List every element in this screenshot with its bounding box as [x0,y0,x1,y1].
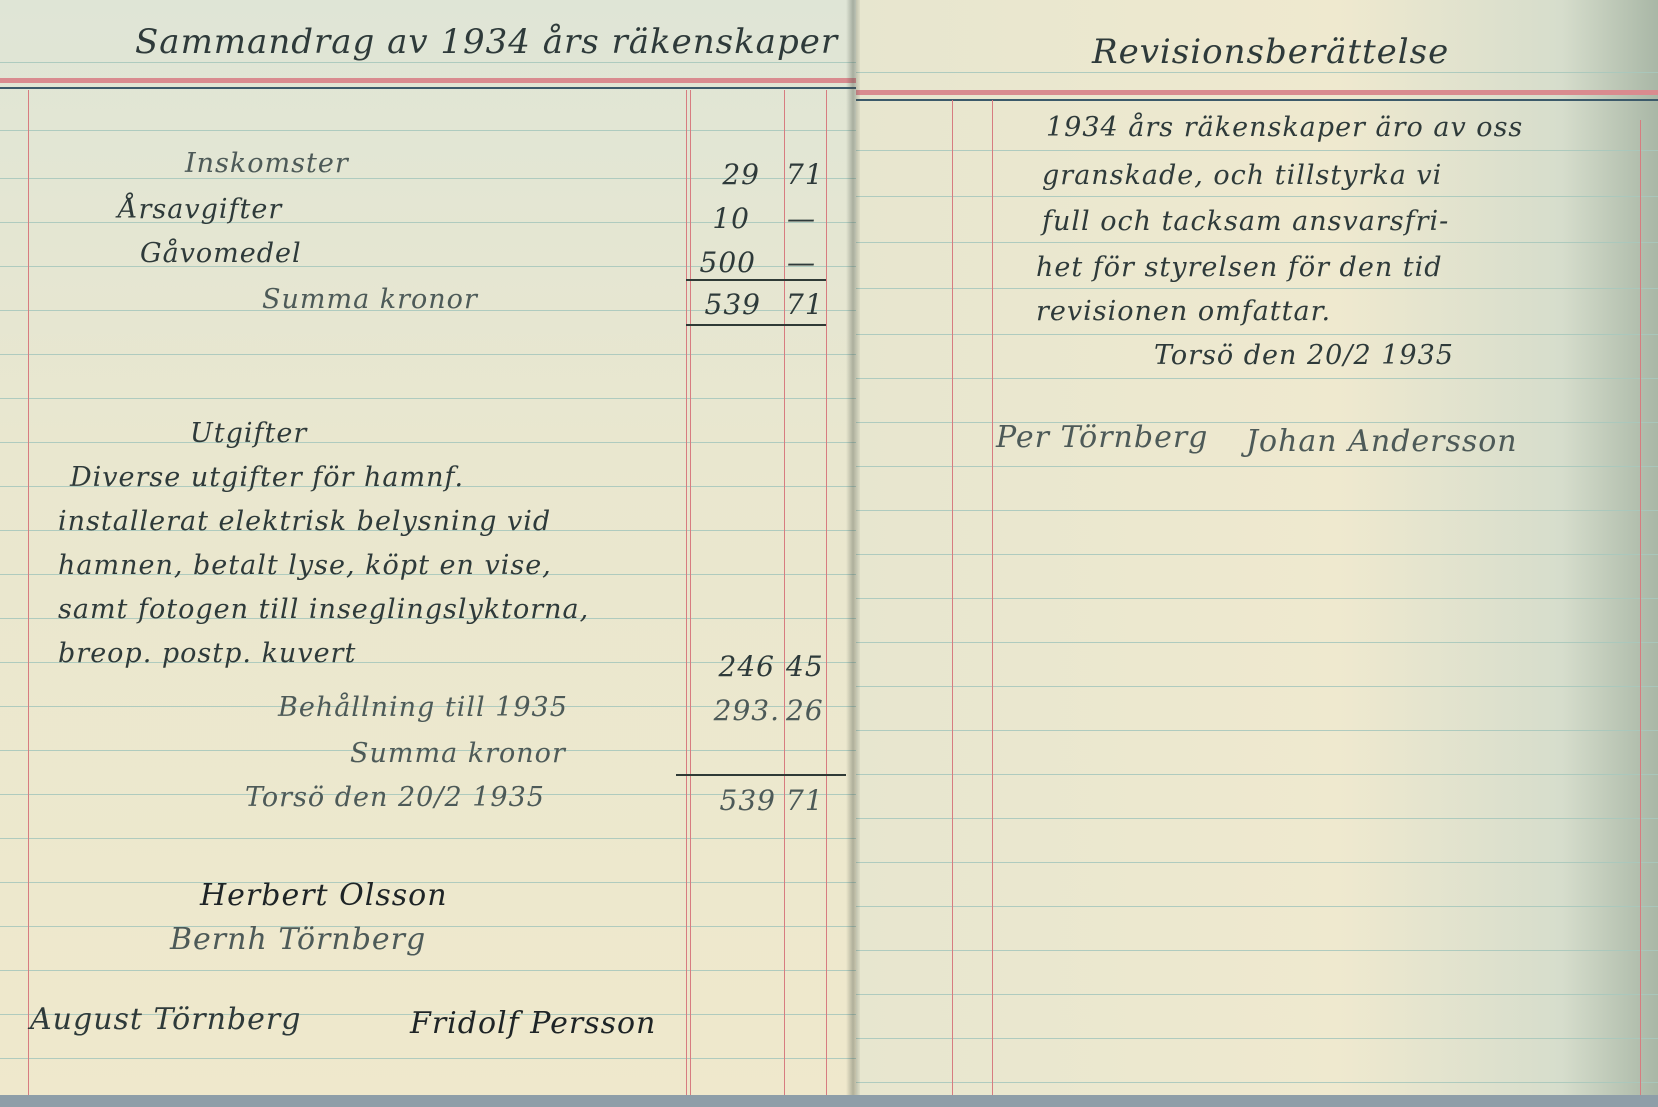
sum-double-underline [686,324,826,326]
signature: August Törnberg [30,1002,301,1037]
left-ledger-page: Sammandrag av 1934 års räkenskaper Insko… [0,0,860,1107]
income-total-label: Summa kronor [262,284,478,315]
expenses-total-kronor: 539 [686,784,776,817]
title-baseline [856,72,1658,73]
ruled-line [856,150,1658,151]
signature: Per Törnberg [996,420,1208,455]
income-item-label: Inskomster [185,148,349,179]
left-margin-line [952,100,953,1107]
income-item-ore: 71 [786,158,816,191]
ruled-line [856,334,1658,335]
ruled-line [856,906,1658,907]
right-margin-line [1640,120,1641,1107]
expense-description-line: samt fotogen till inseglingslyktorna, [58,594,589,625]
income-item-kronor: 10 [700,202,750,235]
header-red-rule [0,78,860,83]
ruled-line [0,130,860,131]
ruled-line [856,950,1658,951]
header-blue-rule [856,99,1658,101]
income-item-label: Årsavgifter [118,194,282,225]
ruled-line [856,730,1658,731]
ruled-line [856,1082,1658,1083]
audit-body-line: het för styrelsen för den tid [1036,252,1443,283]
sum-underline [676,774,846,776]
ruled-line [0,398,860,399]
ruled-line [0,354,860,355]
ruled-line [856,642,1658,643]
sum-underline [686,279,826,281]
expenses-heading: Utgifter [190,418,307,449]
ore-column-line [784,90,785,1107]
ruled-line [856,862,1658,863]
income-item-label: Gåvomedel [140,238,302,269]
ruled-line [856,378,1658,379]
ruled-line [856,686,1658,687]
ruled-line [0,442,860,443]
signature: Johan Andersson [1246,424,1518,459]
income-item-ore: — [786,202,816,235]
audit-body-line: 1934 års räkenskaper äro av oss [1046,112,1523,143]
ruled-line [856,196,1658,197]
ruled-line [856,994,1658,995]
signature: Fridolf Persson [410,1006,656,1041]
audit-body-line: full och tacksam ansvarsfri- [1042,206,1449,237]
balance-label: Behållning till 1935 [278,692,568,723]
kronor-column-line [686,90,691,1107]
expenses-ore: 45 [786,650,820,683]
book-spine [846,0,860,1107]
ruled-line [856,1038,1658,1039]
right-ledger-page: Revisionsberättelse 1934 års räkenskaper… [856,0,1658,1107]
income-item-kronor: 500 [686,246,756,279]
audit-body-line: granskade, och tillstyrka vi [1042,160,1442,191]
ruled-line [856,466,1658,467]
expenses-total-label: Summa kronor [350,738,566,769]
balance-ore: 26 [786,694,820,727]
ruled-line [856,554,1658,555]
signature: Herbert Olsson [200,878,448,913]
page-title: Revisionsberättelse [1092,32,1449,72]
expense-description-line: Diverse utgifter för hamnf. [70,462,464,493]
expense-description-line: breop. postp. kuvert [58,638,356,669]
expenses-kronor: 246 [700,650,775,683]
ruled-line [0,926,860,927]
left-margin-line [992,100,993,1107]
ruled-line [856,288,1658,289]
ruled-line [0,970,860,971]
ruled-line [856,422,1658,423]
expense-description-line: hamnen, betalt lyse, köpt en vise, [58,550,552,581]
balance-kronor: 293. [700,694,780,727]
ruled-line [856,598,1658,599]
income-total-kronor: 539 [686,288,761,321]
header-red-rule [856,90,1658,95]
page-title: Sammandrag av 1934 års räkenskaper [135,22,838,62]
title-baseline [0,62,860,63]
expenses-total-ore: 71 [786,784,820,817]
ruled-line [0,1058,860,1059]
expense-description-line: installerat elektrisk belysning vid [58,506,551,537]
audit-body-line: revisionen omfattar. [1036,296,1331,327]
left-margin-line [28,90,29,1107]
ruled-line [856,774,1658,775]
header-blue-rule [0,87,860,89]
income-item-ore: — [786,246,816,279]
ruled-line [856,510,1658,511]
ruled-line [0,838,860,839]
ruled-line [856,818,1658,819]
right-margin-line [826,90,827,1107]
place-date: Torsö den 20/2 1935 [245,782,545,813]
income-item-kronor: 29 [700,158,760,191]
ruled-line [856,242,1658,243]
book-bottom-edge [0,1095,1658,1107]
signature: Bernh Törnberg [170,922,426,957]
income-total-ore: 71 [786,288,816,321]
place-date: Torsö den 20/2 1935 [1154,340,1454,371]
